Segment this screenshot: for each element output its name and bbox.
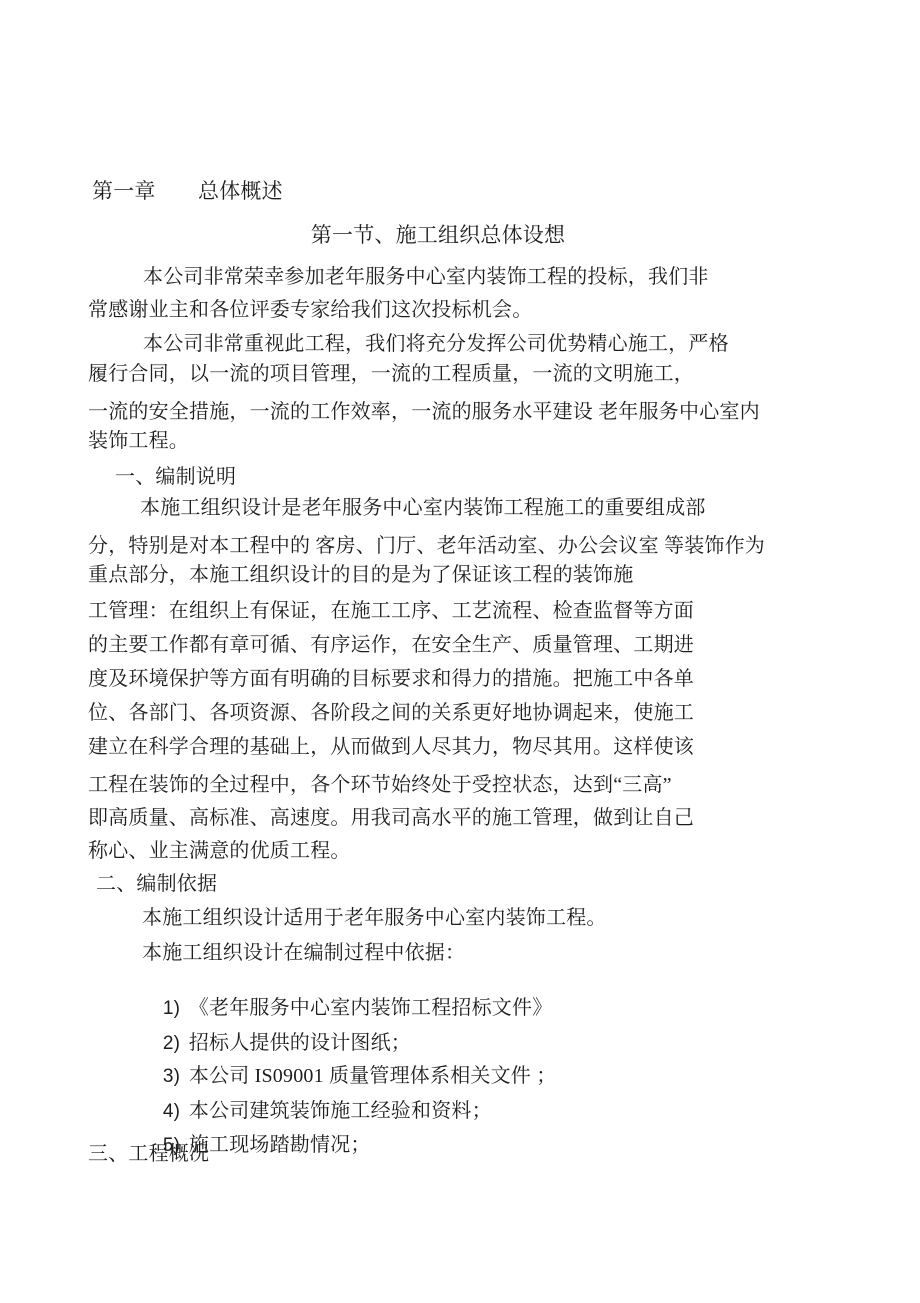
- paragraph-line: 即高质量、高标准、高速度。用我司高水平的施工管理，做到让自己: [88, 807, 694, 829]
- paragraph-line: 工程在装饰的全过程中，各个环节始终处于受控状态，达到“三高”: [88, 774, 672, 796]
- paragraph-line: 常感谢业主和各位评委专家给我们这次投标机会。: [88, 299, 532, 321]
- paragraph-line: 本公司非常重视此工程，我们将充分发挥公司优势精心施工，严格: [143, 333, 729, 355]
- list-text: 施工现场踏勘情况；: [189, 1134, 371, 1156]
- paragraph-line: 度及环境保护等方面有明确的目标要求和得力的措施。把施工中各单: [88, 668, 694, 690]
- paragraph-line: 装饰工程。: [88, 430, 189, 452]
- paragraph-line: 建立在科学合理的基础上，从而做到人尽其力，物尽其用。这样使该: [88, 736, 694, 758]
- paragraph-line: 称心、业主满意的优质工程。: [88, 840, 351, 862]
- paragraph-line: 位、各部门、各项资源、各阶段之间的关系更好地协调起来，使施工: [88, 702, 694, 724]
- section-heading: 第一节、施工组织总体设想: [88, 224, 788, 246]
- chapter-heading: 第一章 总体概述: [92, 180, 283, 202]
- subheading-project-overview: 三、工程概况: [88, 1143, 209, 1165]
- paragraph-line: 本施工组织设计在编制过程中依据：: [142, 942, 465, 964]
- subheading-compilation-notes: 一、编制说明: [115, 466, 236, 488]
- paragraph-line: 本施工组织设计是老年服务中心室内装饰工程施工的重要组成部: [140, 497, 706, 519]
- document-page: 第一章 总体概述 第一节、施工组织总体设想 本公司非常荣幸参加老年服务中心室内装…: [0, 0, 920, 1303]
- paragraph-line: 分，特别是对本工程中的 客房、门厅、老年活动室、办公会议室 等装饰作为: [88, 535, 765, 557]
- paragraph-line: 本施工组织设计适用于老年服务中心室内装饰工程。: [142, 907, 607, 929]
- paragraph-line: 工管理：在组织上有保证，在施工工序、工艺流程、检查监督等方面: [88, 600, 694, 622]
- paragraph-line: 的主要工作都有章可循、有序运作，在安全生产、质量管理、工期进: [88, 634, 694, 656]
- paragraph-line: 本公司非常荣幸参加老年服务中心室内装饰工程的投标，我们非: [143, 266, 709, 288]
- paragraph-line: 一流的安全措施，一流的工作效率，一流的服务水平建设 老年服务中心室内: [88, 401, 760, 423]
- paragraph-line: 履行合同，以一流的项目管理，一流的工程质量，一流的文明施工，: [88, 363, 694, 385]
- paragraph-line: 重点部分，本施工组织设计的目的是为了保证该工程的装饰施: [88, 564, 633, 586]
- subheading-compilation-basis: 二、编制依据: [96, 873, 217, 895]
